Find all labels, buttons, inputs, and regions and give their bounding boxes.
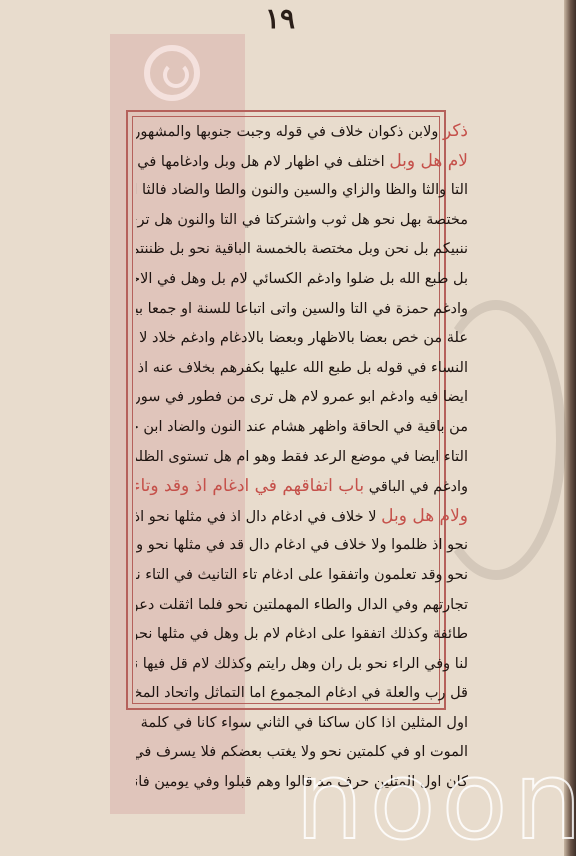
manuscript-line: ولام هل وبل لا خلاف في ادغام دال اذ في م… [136,502,468,532]
manuscript-line: تجارتهم وفي الدال والطاء المهملتين نحو ف… [136,591,468,621]
manuscript-line: النساء في قوله بل طبع الله عليها بكفرهم … [136,354,468,384]
manuscript-line: من باقية في الحاقة واظهر هشام عند النون … [136,413,468,443]
manuscript-line: نحو اذ ظلموا ولا خلاف في ادغام دال قد في… [136,531,468,561]
manuscript-line: التا والثا والظا والزاي والسين والنون وا… [136,176,468,206]
manuscript-line: اول المثلين اذا كان ساكنا في الثاني سواء… [136,709,468,739]
chapter-heading: باب اتفاقهم في ادغام اذ وقد وتاء التانيث [136,476,364,496]
line-text: التا والثا والظا والزاي والسين والنون وا… [136,182,468,198]
line-text: اختلف في اظهار لام هل وبل وادغامها في ال… [136,154,385,170]
line-text: ايضا فيه وادغم ابو عمرو لام هل ترى من فط… [136,389,468,405]
manuscript-line: ذكر ولابن ذكوان خلاف في قوله وجبت جنوبها… [136,117,468,147]
rubric: ولام هل وبل [381,506,468,526]
manuscript-line: ننبيكم بل نحن وبل مختصة بالخمسة الباقية … [136,235,468,265]
line-text: لا خلاف في ادغام دال اذ في مثلها نحو اذ … [136,509,376,525]
manuscript-line: طائفة وكذلك اتفقوا على ادغام لام بل وهل … [136,620,468,650]
manuscript-line: وادغم حمزة في التا والسين واتى اتباعا لل… [136,295,468,325]
line-text: ولابن ذكوان خلاف في قوله وجبت جنوبها وال… [136,124,438,140]
line-text: تجارتهم وفي الدال والطاء المهملتين نحو ف… [136,597,468,613]
line-text: اول المثلين اذا كان ساكنا في الثاني سواء… [136,715,468,731]
line-text: وادغم في الباقي [369,479,468,495]
manuscript-line: لنا وفي الراء نحو بل ران وهل رايتم وكذلك… [136,650,468,680]
manuscript-text: ذكر ولابن ذكوان خلاف في قوله وجبت جنوبها… [136,117,468,798]
line-text: التاء ايضا في موضع الرعد فقط وهو ام هل ت… [136,449,468,465]
line-text: طائفة وكذلك اتفقوا على ادغام لام بل وهل … [136,626,468,642]
manuscript-line: قل رب والعلة في ادغام المجموع اما التماث… [136,679,468,709]
line-text: ننبيكم بل نحن وبل مختصة بالخمسة الباقية … [136,241,468,257]
manuscript-line: بل طبع الله بل ضلوا وادغم الكسائي لام بل… [136,265,468,295]
line-text: مختصة بهل نحو هل ثوب واشتركتا في التا وا… [136,212,468,228]
manuscript-line: التاء ايضا في موضع الرعد فقط وهو ام هل ت… [136,443,468,473]
page-number: ١٩ [265,2,295,35]
line-text: بل طبع الله بل ضلوا وادغم الكسائي لام بل… [136,271,468,287]
line-text: من باقية في الحاقة واظهر هشام عند النون … [136,419,468,435]
manuscript-line: نحو وقد تعلمون واتفقوا على ادغام تاء الت… [136,561,468,591]
line-text: علة من خص بعضا بالاظهار وبعضا بالادغام و… [136,330,468,346]
line-text: لنا وفي الراء نحو بل ران وهل رايتم وكذلك… [136,656,468,672]
rubric: لام هل وبل [389,151,468,171]
line-text: النساء في قوله بل طبع الله عليها بكفرهم … [136,360,468,376]
line-text: نحو وقد تعلمون واتفقوا على ادغام تاء الت… [136,567,468,583]
page-edge [564,0,576,856]
manuscript-line: لام هل وبل اختلف في اظهار لام هل وبل واد… [136,147,468,177]
watermark-text: nooni [295,748,576,856]
manuscript-line: وادغم في الباقي باب اتفاقهم في ادغام اذ … [136,472,468,502]
manuscript-line: ايضا فيه وادغم ابو عمرو لام هل ترى من فط… [136,383,468,413]
line-text: نحو اذ ظلموا ولا خلاف في ادغام دال قد في… [136,537,468,553]
line-text: وادغم حمزة في التا والسين واتى اتباعا لل… [136,301,468,317]
rubric: ذكر [443,121,468,141]
manuscript-line: علة من خص بعضا بالاظهار وبعضا بالادغام و… [136,324,468,354]
line-text: قل رب والعلة في ادغام المجموع اما التماث… [136,685,468,701]
noon-circle-logo-icon [144,45,200,101]
manuscript-line: مختصة بهل نحو هل ثوب واشتركتا في التا وا… [136,206,468,236]
